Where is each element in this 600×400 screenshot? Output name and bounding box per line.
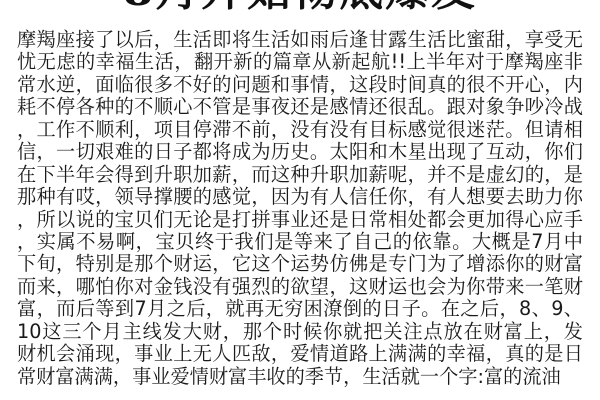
article-title: 8月开始彻底爆发 xyxy=(0,0,600,16)
body-line: 那种有哎，领导撑腰的感觉，因为有人信任你，有人想要去助力你 xyxy=(17,186,583,208)
article-body: 摩羯座接了以后，生活即将生活如雨后逢甘露生活比蜜甜，享受无 忧无虑的幸福生活，翻… xyxy=(17,29,583,388)
body-line: 富，而后等到7月之后，就再无穷困潦倒的日子。在之后，8、9、 xyxy=(17,298,583,320)
body-line: 在下半年会得到升职加薪，而这种升职加薪呢，并不是虚幻的，是 xyxy=(17,164,583,186)
body-line: ，实属不易啊，宝贝终于我们是等来了自己的依靠。大概是7月中 xyxy=(17,231,583,253)
body-line: 下旬，特别是那个财运，它这个运势仿佛是专门为了增添你的财富 xyxy=(17,253,583,275)
body-line: ，所以说的宝贝们无论是打拼事业还是日常相处都会更加得心应手 xyxy=(17,209,583,231)
body-line: 耗不停各种的不顺心不管是事夜还是感情还很乱。跟对象争吵冷战 xyxy=(17,96,583,118)
body-line: 摩羯座接了以后，生活即将生活如雨后逢甘露生活比蜜甜，享受无 xyxy=(17,29,583,51)
body-line: 而来，哪怕你对金钱没有强烈的欲望，这财运也会为你带来一笔财 xyxy=(17,276,583,298)
article-page: 8月开始彻底爆发 摩羯座接了以后，生活即将生活如雨后逢甘露生活比蜜甜，享受无 忧… xyxy=(0,0,600,400)
body-line: 常财富满满，事业爱情财富丰收的季节，生活就一个字:富的流油 xyxy=(17,366,583,388)
body-line: 常水逆，面临很多不好的问题和事情，这段时间真的很不开心，内 xyxy=(17,74,583,96)
body-line: ，工作不顺利，项目停滞不前，没有没有目标感觉很迷茫。但请相 xyxy=(17,119,583,141)
body-line: 财机会涌现，事业上无人匹敌，爱情道路上满满的幸福，真的是日 xyxy=(17,343,583,365)
body-line: 信，一切艰难的日子都将成为历史。太阳和木星出现了互动，你们 xyxy=(17,141,583,163)
body-line: 忧无虑的幸福生活，翻开新的篇章从新起航!!上半年对于摩羯座非 xyxy=(17,51,583,73)
body-line: 10这三个月主线发大财，那个时候你就把关注点放在财富上，发 xyxy=(17,321,583,343)
